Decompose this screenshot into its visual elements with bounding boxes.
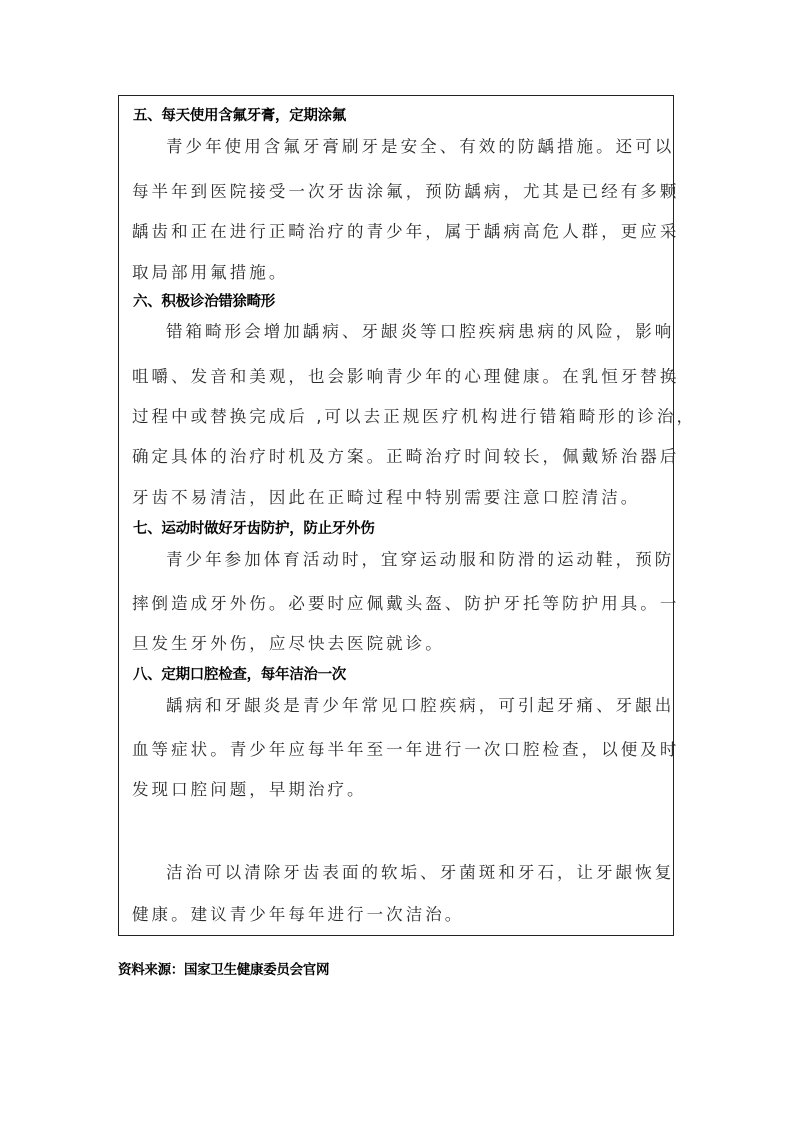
section-5-line-1: 青少年使用含氟牙膏刷牙是安全、有效的防龋措施。还可以 [166, 133, 674, 157]
section-8-extra-line-1: 洁治可以清除牙齿表面的软垢、牙菌斑和牙石，让牙龈恢复 [166, 859, 674, 883]
section-8-line-2: 血等症状。青少年应每半年至一年进行一次口腔检查，以便及时 [132, 736, 679, 760]
section-6-line-5: 牙齿不易清洁，因此在正畸过程中特别需要注意口腔清洁。 [132, 484, 640, 508]
section-6-heading: 六、积极诊治错狳畸形 [133, 290, 275, 311]
source-note: 资料来源：国家卫生健康委员会官网 [118, 958, 329, 978]
section-7-line-3: 旦发生牙外伤，应尽快去医院就诊。 [132, 630, 445, 654]
section-8-line-1: 龋病和牙龈炎是青少年常见口腔疾病，可引起牙痛、牙龈出 [166, 692, 674, 716]
section-7-line-1: 青少年参加体育活动时，宜穿运动服和防滑的运动鞋，预防 [166, 546, 674, 570]
section-5-line-2: 每半年到医院接受一次牙齿涂氟，预防龋病，尤其是已经有多颗 [132, 178, 679, 202]
section-8-line-3: 发现口腔问题，早期治疗。 [132, 776, 367, 800]
section-7-line-2: 摔倒造成牙外伤。必要时应佩戴头盔、防护牙托等防护用具。一 [132, 590, 679, 614]
section-6-line-3: 过程中或替换完成后 ,可以去正规医疗机构进行错箱畸形的诊治， [132, 403, 696, 427]
section-7-heading: 七、运动时做好牙齿防护，防止牙外伤 [133, 517, 374, 538]
section-5-heading: 五、每天使用含氟牙膏，定期涂氟 [133, 104, 346, 125]
content-box: 五、每天使用含氟牙膏，定期涂氟 青少年使用含氟牙膏刷牙是安全、有效的防龋措施。还… [118, 95, 674, 936]
section-6-line-1: 错箱畸形会增加龋病、牙龈炎等口腔疾病患病的风险，影响 [166, 318, 674, 342]
section-8-extra-line-2: 健康。建议青少年每年进行一次洁治。 [132, 901, 464, 925]
section-5-line-3: 龋齿和正在进行正畸治疗的青少年，属于龋病高危人群，更应采 [132, 218, 679, 242]
section-6-line-4: 确定具体的治疗时机及方案。正畸治疗时间较长，佩戴矫治器后 [132, 443, 679, 467]
section-8-heading: 八、定期口腔检查，每年洁治一次 [133, 663, 346, 684]
section-6-line-2: 咀嚼、发音和美观，也会影响青少年的心理健康。在乳恒牙替换 [132, 363, 679, 387]
section-5-line-4: 取局部用氟措施。 [132, 259, 288, 283]
